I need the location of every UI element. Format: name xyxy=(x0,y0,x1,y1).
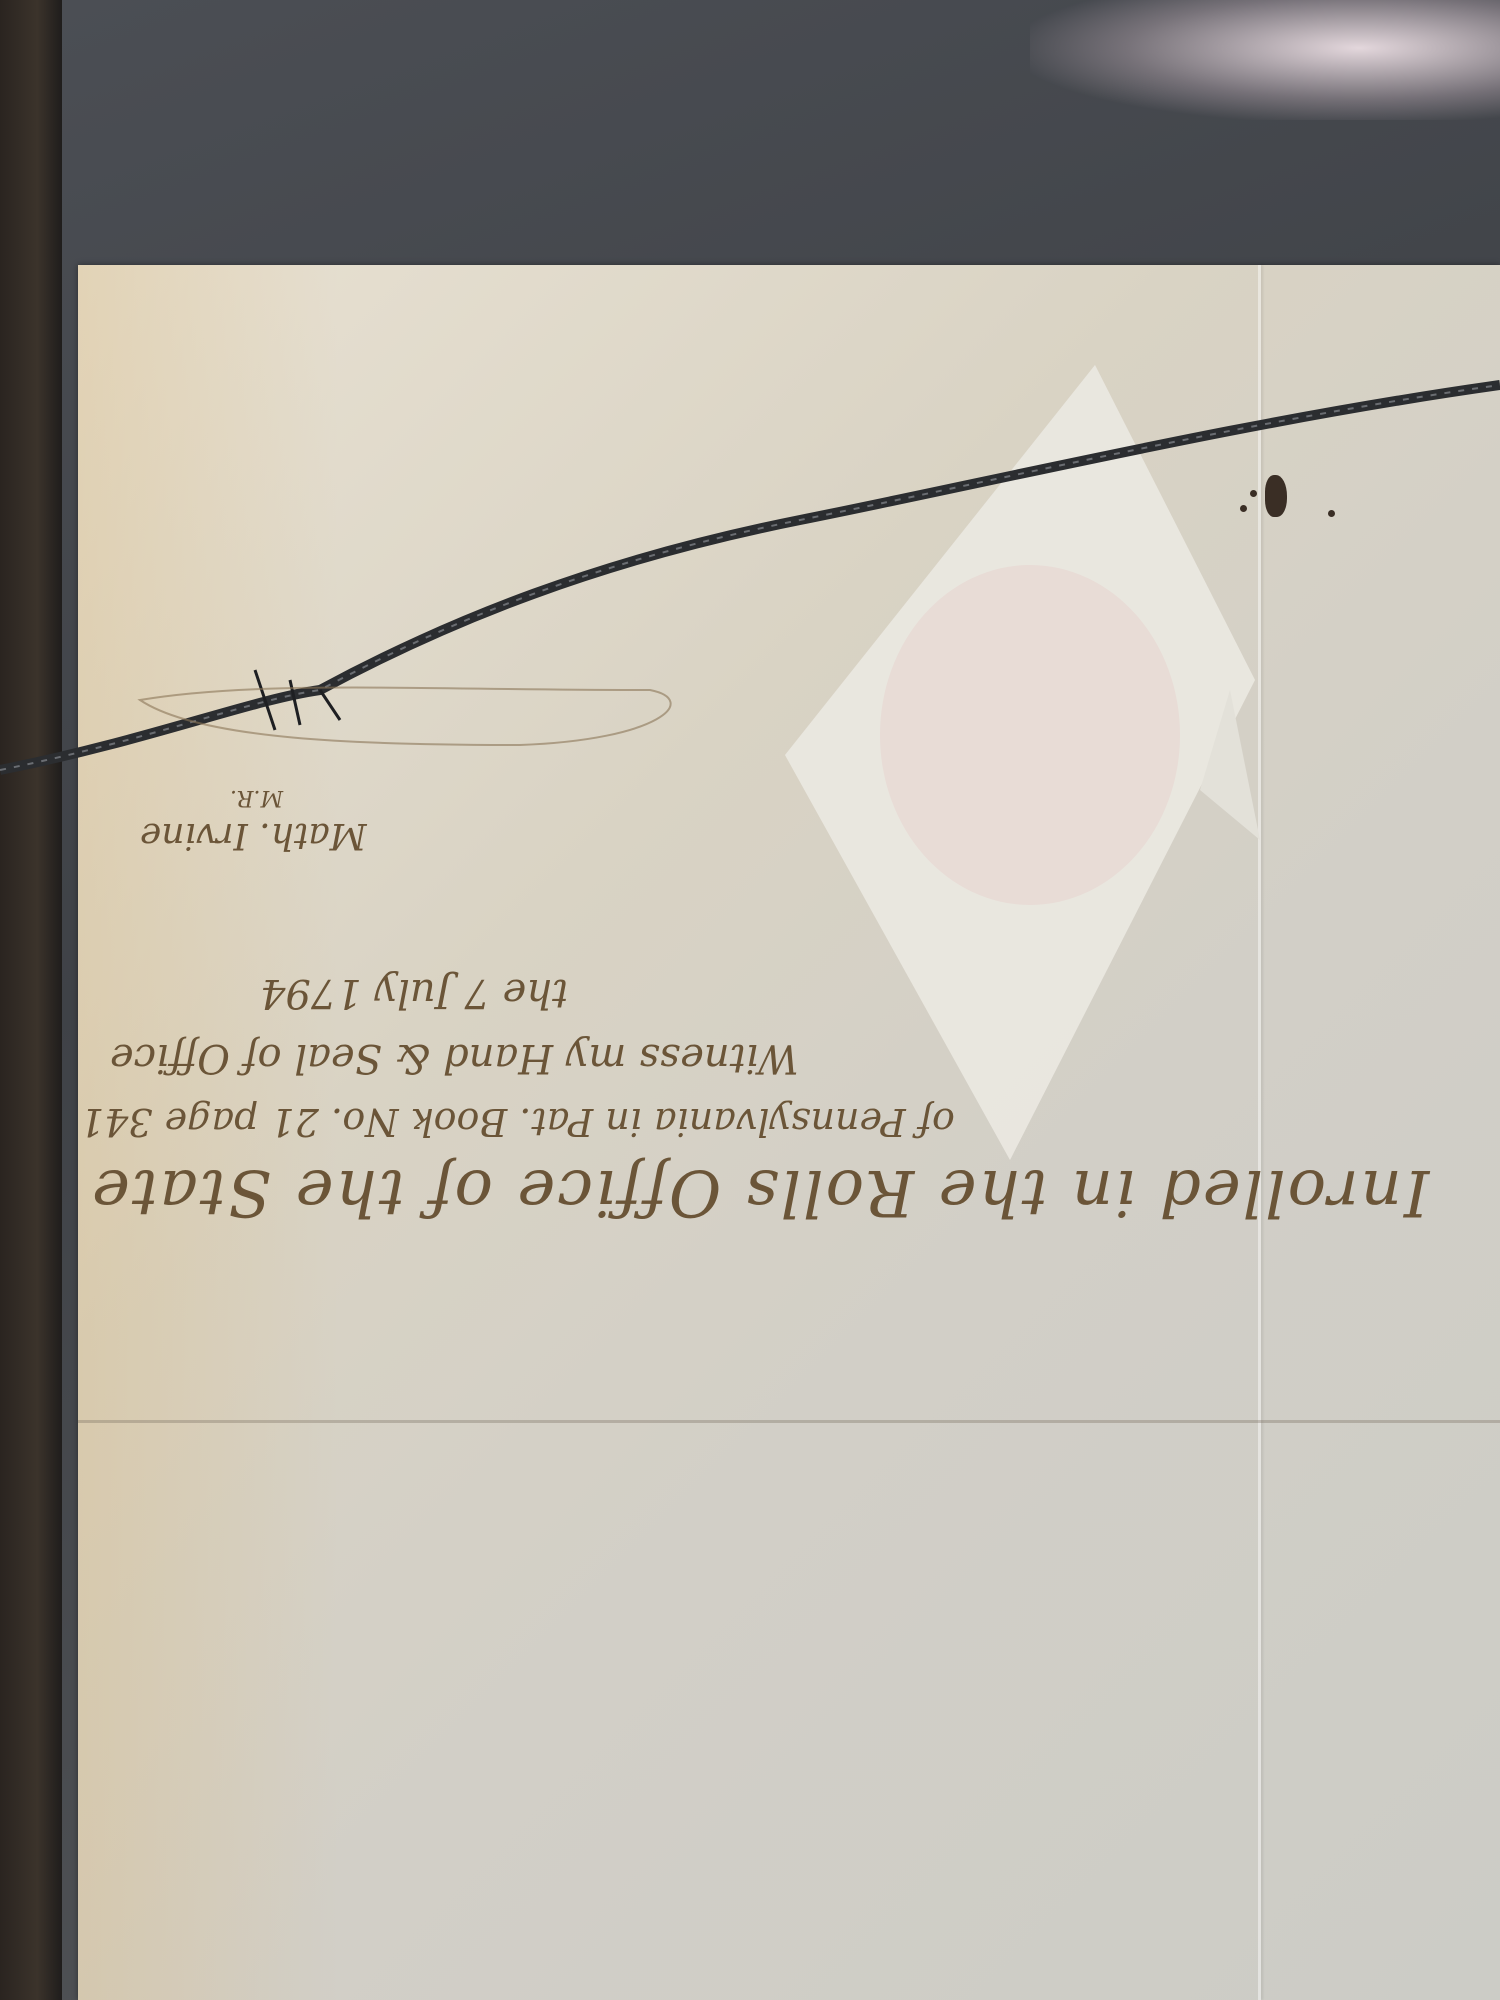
horizontal-fold-line xyxy=(78,1420,1500,1423)
handwriting-line-3: Witness my Hand & Seal of Office xyxy=(110,1035,799,1081)
vertical-fold-line xyxy=(1258,265,1261,2000)
ink-blot xyxy=(1265,475,1287,517)
ink-dot xyxy=(1250,490,1257,497)
glass-glare xyxy=(1030,0,1500,120)
signature-suffix: M.R. xyxy=(230,785,283,810)
handwriting-line-4: the 7 July 1794 xyxy=(260,970,568,1016)
ink-dot xyxy=(1328,510,1335,517)
handwriting-line-1: Inrolled in the Rolls Office of the Stat… xyxy=(90,1155,1429,1229)
signature: Math. Irvine xyxy=(140,815,367,856)
ink-dot xyxy=(1240,505,1247,512)
frame-edge xyxy=(0,0,62,2000)
handwriting-line-2: of Pennsylvania in Pat. Book No. 21 page… xyxy=(80,1100,955,1144)
